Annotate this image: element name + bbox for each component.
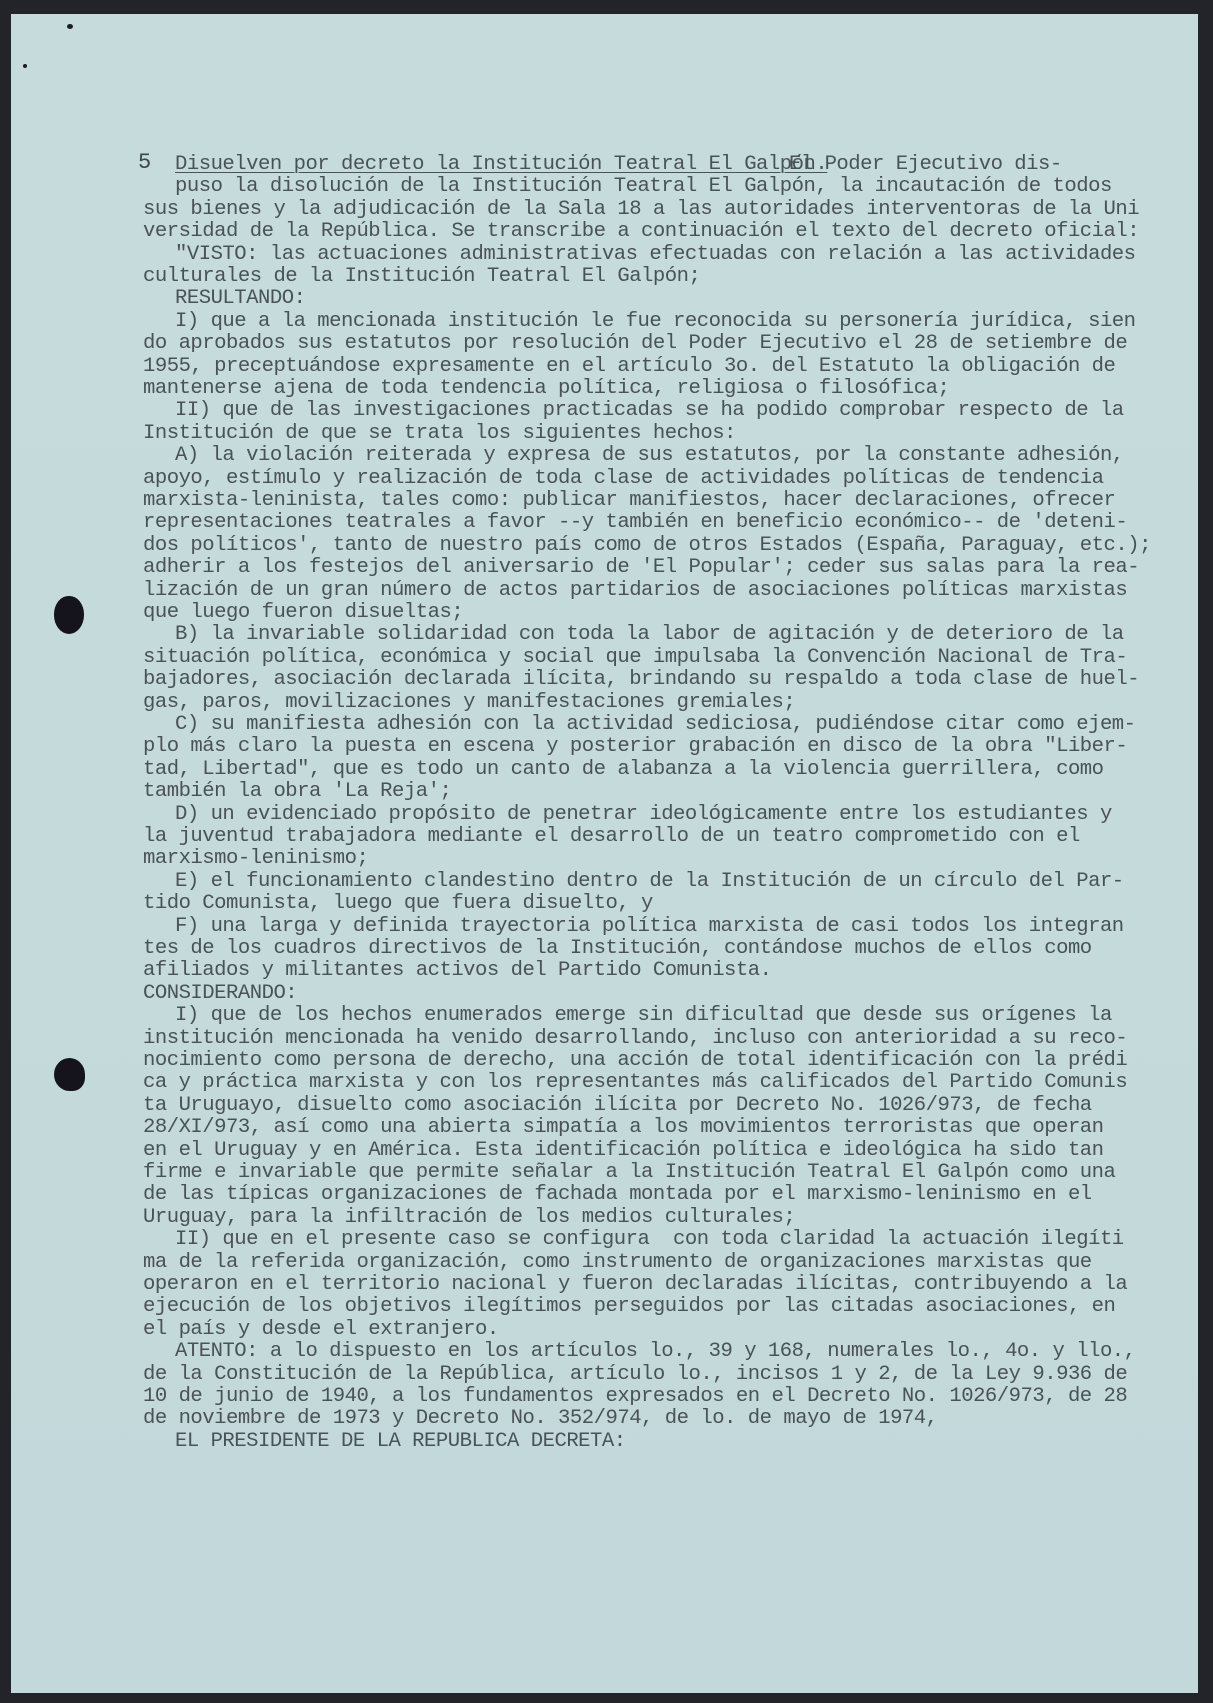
text-line: firme e invariable que permite señalar a…: [143, 1161, 1115, 1185]
text-line: sus bienes y la adjudicación de la Sala …: [143, 198, 1139, 222]
text-line: institución mencionada ha venido desarro…: [143, 1027, 1127, 1051]
text-line: I) que de los hechos enumerados emerge s…: [175, 1004, 1112, 1028]
text-line: tido Comunista, luego que fuera disuelto…: [143, 892, 653, 916]
text-line: E) el funcionamiento clandestino dentro …: [175, 870, 1124, 894]
text-line: adherir a los festejos del aniversario d…: [143, 556, 1139, 580]
text-line: D) un evidenciado propósito de penetrar …: [175, 803, 1112, 827]
text-line: Uruguay, para la infiltración de los med…: [143, 1206, 795, 1230]
text-line: A) la violación reiterada y expresa de s…: [175, 444, 1124, 468]
text-line: el país y desde el extranjero.: [143, 1318, 499, 1342]
text-line: 10 de junio de 1940, a los fundamentos e…: [143, 1385, 1127, 1409]
text-line: culturales de la Institución Teatral El …: [143, 265, 700, 289]
text-line: nocimiento como persona de derecho, una …: [143, 1049, 1127, 1073]
text-line: de las típicas organizaciones de fachada…: [143, 1183, 1092, 1207]
text-line: ta Uruguayo, disuelto como asociación il…: [143, 1094, 1092, 1118]
text-line: la juventud trabajadora mediante el desa…: [143, 825, 1080, 849]
body-text: El Poder Ejecutivo dis-puso la disolució…: [11, 14, 1198, 1693]
text-line: RESULTANDO:: [175, 287, 305, 311]
text-line: "VISTO: las actuaciones administrativas …: [175, 243, 1136, 267]
text-line: bajadores, asociación declarada ilícita,…: [143, 668, 1139, 692]
text-line: de la Constitución de la República, artí…: [143, 1363, 1127, 1387]
text-line: do aprobados sus estatutos por resolució…: [143, 332, 1127, 356]
text-line: en el Uruguay y en América. Esta identif…: [143, 1139, 1104, 1163]
text-line: marxismo-leninismo;: [143, 847, 368, 871]
text-line: F) una larga y definida trayectoria polí…: [175, 915, 1124, 939]
text-line: II) que de las investigaciones practicad…: [175, 399, 1124, 423]
text-line: I) que a la mencionada institución le fu…: [175, 310, 1136, 334]
text-line: plo más claro la puesta en escena y post…: [143, 735, 1127, 759]
text-line: tes de los cuadros directivos de la Inst…: [143, 937, 1092, 961]
text-line: dos políticos', tanto de nuestro país co…: [143, 534, 1151, 558]
text-line: operaron en el territorio nacional y fue…: [143, 1273, 1127, 1297]
text-line: ca y práctica marxista y con los represe…: [143, 1071, 1127, 1095]
text-line: 28/XI/973, así como una abierta simpatía…: [143, 1116, 1104, 1140]
text-line: EL PRESIDENTE DE LA REPUBLICA DECRETA:: [175, 1430, 626, 1454]
text-line: B) la invariable solidaridad con toda la…: [175, 623, 1124, 647]
text-line: representaciones teatrales a favor --y t…: [143, 511, 1127, 535]
text-line: ATENTO: a lo dispuesto en los artículos …: [175, 1340, 1136, 1364]
text-line: tad, Libertad", que es todo un canto de …: [143, 758, 1104, 782]
text-line: apoyo, estímulo y realización de toda cl…: [143, 467, 1104, 491]
text-line: que luego fueron disueltas;: [143, 601, 463, 625]
text-line: afiliados y militantes activos del Parti…: [143, 959, 772, 983]
text-line: versidad de la República. Se transcribe …: [143, 220, 1139, 244]
text-line: puso la disolución de la Institución Tea…: [175, 175, 1112, 199]
text-line: CONSIDERANDO:: [143, 982, 297, 1006]
text-line: ma de la referida organización, como ins…: [143, 1251, 1092, 1275]
text-line: 1955, preceptuándose expresamente en el …: [143, 355, 1115, 379]
text-line: Institución de que se trata los siguient…: [143, 422, 736, 446]
text-line: II) que en el presente caso se configura…: [175, 1228, 1124, 1252]
document-page: 5 Disuelven por decreto la Institución T…: [11, 14, 1198, 1693]
text-line: también la obra 'La Reja';: [143, 780, 451, 804]
text-line: de noviembre de 1973 y Decreto No. 352/9…: [143, 1407, 938, 1431]
text-line: gas, paros, movilizaciones y manifestaci…: [143, 691, 795, 715]
text-line: marxista-leninista, tales como: publicar…: [143, 489, 1115, 513]
text-line: El Poder Ejecutivo dis-: [789, 153, 1062, 177]
text-line: lización de un gran número de actos part…: [143, 579, 1127, 603]
text-line: situación política, económica y social q…: [143, 646, 1127, 670]
text-line: mantenerse ajena de toda tendencia polít…: [143, 377, 949, 401]
text-line: C) su manifiesta adhesión con la activid…: [175, 713, 1136, 737]
text-line: ejecución de los objetivos ilegítimos pe…: [143, 1295, 1115, 1319]
